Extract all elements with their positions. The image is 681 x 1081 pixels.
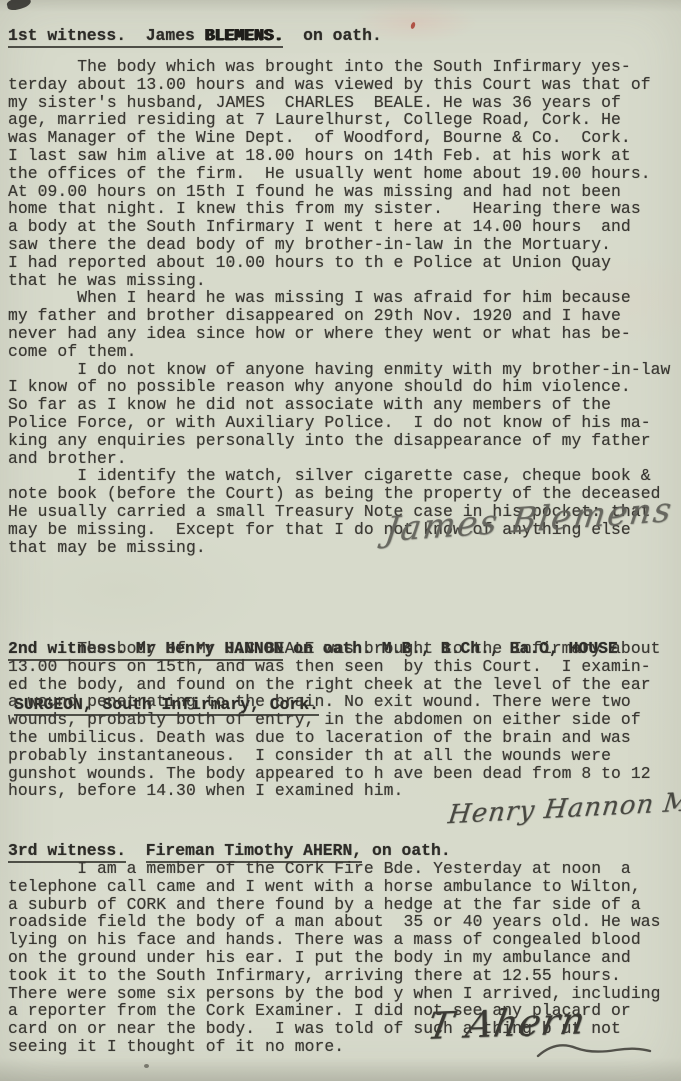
scanned-document-page: 1st witness. James BLEMENS. on oath. The… <box>0 0 681 1081</box>
typed-line: a suburb of CORK and there found by a he… <box>8 896 660 914</box>
typed-line: took it to the South Infirmary, arriving… <box>8 967 660 985</box>
typed-line: lying on his face and hands. There was a… <box>8 931 660 949</box>
typed-line: that may be missing. <box>8 539 670 557</box>
typed-line: home that night. I knew this from my sis… <box>8 200 670 218</box>
typed-line: I identify the watch, silver cigarette c… <box>8 467 670 485</box>
typed-line: saw there the dead body of my brother-in… <box>8 236 670 254</box>
red-speck <box>410 22 416 30</box>
typed-line: The body which was brought into the Sout… <box>8 58 670 76</box>
witness1-heading-prefix: 1st witness. James <box>8 26 205 45</box>
typed-line: a wound penetrating to the brain. No exi… <box>8 693 660 711</box>
witness1-heading-oath: on oath. <box>283 26 381 45</box>
typed-line: wounds, probably both of entry, in the a… <box>8 711 660 729</box>
dark-speck <box>144 1064 149 1068</box>
witness1-testimony: The body which was brought into the Sout… <box>8 58 670 556</box>
typed-line: I am a member of the Cork Fire Bde. Yest… <box>8 860 660 878</box>
signature-flourish <box>536 1036 654 1064</box>
typed-line: king any enquiries personally into the d… <box>8 432 670 450</box>
typed-line: my sister's husband, JAMES CHARLES BEALE… <box>8 94 670 112</box>
typed-line: a body at the South Infirmary I went t h… <box>8 218 670 236</box>
typed-line: I know of no possible reason why anyone … <box>8 378 670 396</box>
witness3-heading-gap <box>126 841 146 860</box>
witness3-heading: 3rd witness. Fireman Timothy AHERN, on o… <box>8 842 451 861</box>
typed-line: ed the body, and found on the right chee… <box>8 676 660 694</box>
typed-line: roadside field the body of a man about 3… <box>8 913 660 931</box>
typed-line: and brother. <box>8 450 670 468</box>
typed-line: never had any idea since how or where th… <box>8 325 670 343</box>
typed-line: probably instantaneous. I consider th at… <box>8 747 660 765</box>
typed-line: I do not know of anyone having enmity wi… <box>8 361 670 379</box>
typed-line: come of them. <box>8 343 670 361</box>
witness1-name-overstruck: BLEMENS. <box>205 26 284 45</box>
typed-line: The body of Mr J.C.BEALE was brought to … <box>8 640 660 658</box>
typed-line: on the ground under his ear. I put the b… <box>8 949 660 967</box>
typed-line: 13.00 hours on 15th, and was then seen b… <box>8 658 660 676</box>
typed-line: terday about 13.00 hours and was viewed … <box>8 76 670 94</box>
typed-line: the offices of the firm. He usually went… <box>8 165 670 183</box>
witness2-testimony: The body of Mr J.C.BEALE was brought to … <box>8 640 660 800</box>
typed-line: Police Force, or with Auxiliary Police. … <box>8 414 670 432</box>
typed-line: was Manager of the Wine Dept. of Woodfor… <box>8 129 670 147</box>
typed-line: gunshot wounds. The body appeared to h a… <box>8 765 660 783</box>
typed-line: I had reported about 10.00 hours to th e… <box>8 254 670 272</box>
typed-line: my father and brother disappeared on 29t… <box>8 307 670 325</box>
typed-line: I last saw him alive at 18.00 hours on 1… <box>8 147 670 165</box>
typed-line: that he was missing. <box>8 272 670 290</box>
typed-line: telephone call came and I went with a ho… <box>8 878 660 896</box>
typed-line: So far as I know he did not associate wi… <box>8 396 670 414</box>
ink-smudge <box>6 0 32 12</box>
typed-line: the umbilicus. Death was due to lacerati… <box>8 729 660 747</box>
typed-line: When I heard he was missing I was afraid… <box>8 289 670 307</box>
witness1-heading: 1st witness. James BLEMENS. on oath. <box>8 27 382 46</box>
witness1-heading-underline: 1st witness. James BLEMENS. <box>8 26 283 48</box>
typed-line: At 09.00 hours on 15th I found he was mi… <box>8 183 670 201</box>
witness3-heading-oath: on oath. <box>362 841 451 860</box>
typed-line: age, married residing at 7 Laurelhurst, … <box>8 111 670 129</box>
